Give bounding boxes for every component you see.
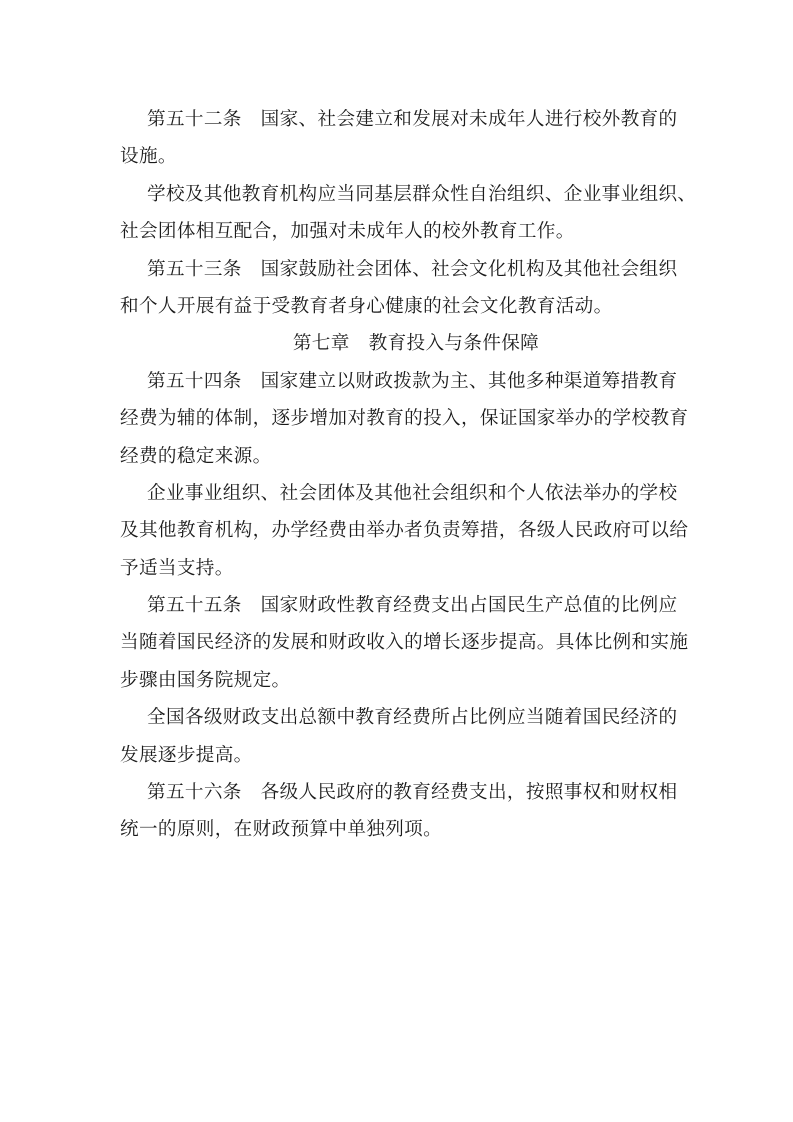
document-page: 第五十二条 国家、社会建立和发展对未成年人进行校外教育的 设施。 学校及其他教育… xyxy=(120,101,676,849)
text-line: 当随着国民经济的发展和财政收入的增长逐步提高。具体比例和实施 xyxy=(120,624,676,661)
text-line: 设施。 xyxy=(120,138,676,175)
article-53-paragraph: 第五十三条 国家鼓励社会团体、社会文化机构及其他社会组织 和个人开展有益于受教育… xyxy=(120,251,676,326)
text-line: 第五十五条 国家财政性教育经费支出占国民生产总值的比例应 xyxy=(120,587,676,624)
text-line: 第五十二条 国家、社会建立和发展对未成年人进行校外教育的 xyxy=(120,101,676,138)
text-line: 经费为辅的体制，逐步增加对教育的投入，保证国家举办的学校教育 xyxy=(120,400,676,437)
text-line: 社会团体相互配合，加强对未成年人的校外教育工作。 xyxy=(120,213,676,250)
article-54-paragraph: 第五十四条 国家建立以财政拨款为主、其他多种渠道筹措教育 经费为辅的体制，逐步增… xyxy=(120,363,676,475)
text-line: 步骤由国务院规定。 xyxy=(120,662,676,699)
text-line: 第五十六条 各级人民政府的教育经费支出，按照事权和财权相 xyxy=(120,774,676,811)
text-line: 及其他教育机构，办学经费由举办者负责筹措，各级人民政府可以给 xyxy=(120,512,676,549)
body-paragraph: 企业事业组织、社会团体及其他社会组织和个人依法举办的学校 及其他教育机构，办学经… xyxy=(120,475,676,587)
text-line: 予适当支持。 xyxy=(120,550,676,587)
article-55-paragraph: 第五十五条 国家财政性教育经费支出占国民生产总值的比例应 当随着国民经济的发展和… xyxy=(120,587,676,699)
text-line: 和个人开展有益于受教育者身心健康的社会文化教育活动。 xyxy=(120,288,676,325)
article-56-paragraph: 第五十六条 各级人民政府的教育经费支出，按照事权和财权相 统一的原则，在财政预算… xyxy=(120,774,676,849)
text-line: 第五十三条 国家鼓励社会团体、社会文化机构及其他社会组织 xyxy=(120,251,676,288)
text-line: 全国各级财政支出总额中教育经费所占比例应当随着国民经济的 xyxy=(120,699,676,736)
body-paragraph: 全国各级财政支出总额中教育经费所占比例应当随着国民经济的 发展逐步提高。 xyxy=(120,699,676,774)
text-line: 第五十四条 国家建立以财政拨款为主、其他多种渠道筹措教育 xyxy=(120,363,676,400)
text-line: 统一的原则，在财政预算中单独列项。 xyxy=(120,811,676,848)
text-line: 发展逐步提高。 xyxy=(120,737,676,774)
text-line: 企业事业组织、社会团体及其他社会组织和个人依法举办的学校 xyxy=(120,475,676,512)
chapter-heading: 第七章 教育投入与条件保障 xyxy=(120,325,676,362)
article-52-paragraph: 第五十二条 国家、社会建立和发展对未成年人进行校外教育的 设施。 xyxy=(120,101,676,176)
body-paragraph: 学校及其他教育机构应当同基层群众性自治组织、企业事业组织、 社会团体相互配合，加… xyxy=(120,176,676,251)
text-line: 学校及其他教育机构应当同基层群众性自治组织、企业事业组织、 xyxy=(120,176,676,213)
chapter-title: 第七章 教育投入与条件保障 xyxy=(120,325,676,362)
text-line: 经费的稳定来源。 xyxy=(120,438,676,475)
